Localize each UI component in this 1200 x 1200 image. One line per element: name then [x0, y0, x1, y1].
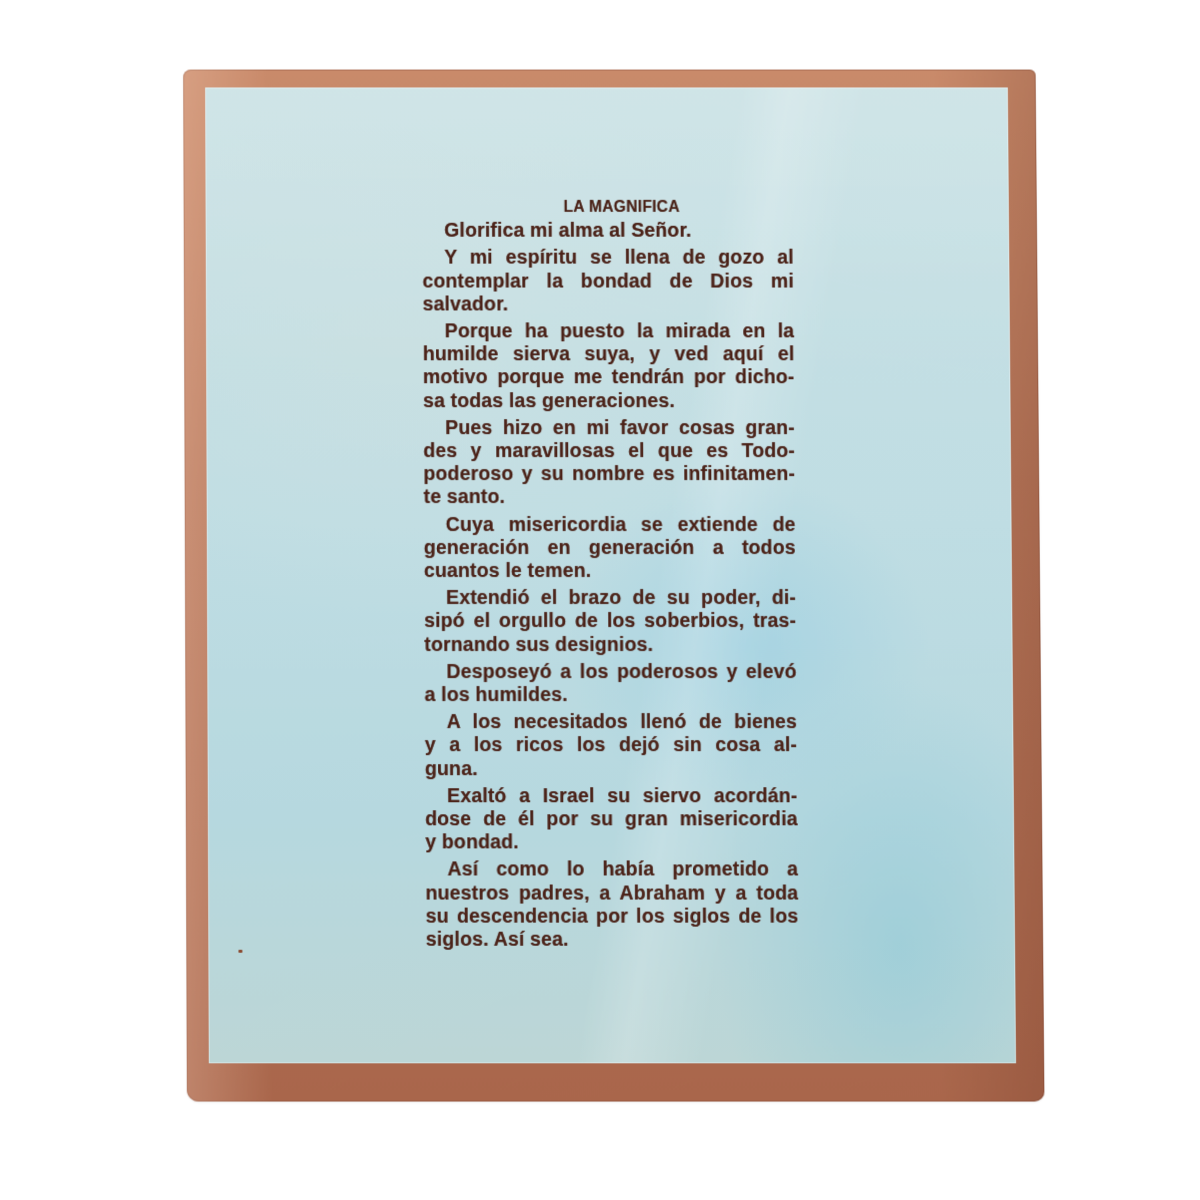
prayer-line: generación en generación a todos [424, 537, 796, 560]
prayer-line: cuantos le temen. [424, 560, 796, 583]
prayer-line: Exaltó a Israel su siervo acordán- [425, 785, 798, 808]
prayer-line: humilde sierva suya, y ved aquí el [423, 344, 795, 367]
prayer-line: Extendió el brazo de su poder, di- [424, 587, 796, 610]
prayer-line: A los necesitados llenó de bienes [425, 711, 797, 734]
prayer-line: Pues hizo en mi favor cosas gran- [423, 417, 795, 440]
prayer-line: Cuya misericordia se extiende de [424, 514, 796, 537]
prayer-line: dose de él por su gran misericordia [425, 808, 798, 831]
prayer-line: salvador. [423, 293, 795, 316]
prayer-body: Glorifica mi alma al Señor.Y mi espíritu… [422, 220, 798, 952]
prayer-paragraph: Extendió el brazo de su poder, di-sipó e… [424, 587, 797, 657]
prayer-line: nuestros padres, a Abraham y a toda [425, 882, 798, 905]
prayer-paragraph: Y mi espíritu se llena de gozo alcontemp… [422, 247, 794, 316]
prayer-line: motivo porque me tendrán por dicho- [423, 367, 795, 390]
prayer-line: poderoso y su nombre es infinitamen- [423, 463, 795, 486]
photo-scene: LA MAGNIFICA Glorifica mi alma al Señor.… [0, 0, 1200, 1200]
prayer-line: contemplar la bondad de Dios mi [422, 270, 793, 293]
ink-speck [238, 950, 242, 953]
prayer-paragraph: Exaltó a Israel su siervo acordán-dose d… [425, 785, 798, 855]
prayer-line: Desposeyó a los poderosos y elevó [424, 661, 796, 684]
prayer-line: Glorifica mi alma al Señor. [422, 220, 793, 243]
prayer-paragraph: Porque ha puesto la mirada en lahumilde … [423, 320, 795, 413]
prayer-paragraph: Pues hizo en mi favor cosas gran-des y m… [423, 417, 795, 510]
prayer-paragraph: A los necesitados llenó de bienesy a los… [425, 711, 798, 781]
prayer-line: y a los ricos los dejó sin cosa al- [425, 735, 797, 758]
prayer-paragraph: Glorifica mi alma al Señor. [422, 220, 793, 243]
prayer-line: siglos. Así sea. [426, 929, 799, 952]
prayer-line: Porque ha puesto la mirada en la [423, 320, 795, 343]
prayer-text: LA MAGNIFICA Glorifica mi alma al Señor.… [422, 195, 799, 956]
prayer-line: Así como lo había prometido a [425, 859, 798, 882]
card-blue-panel: LA MAGNIFICA Glorifica mi alma al Señor.… [205, 87, 1016, 1063]
prayer-line: su descendencia por los siglos de los [426, 905, 799, 928]
prayer-line: des y maravillosas el que es Todo- [423, 440, 795, 463]
prayer-title: LA MAGNIFICA [464, 195, 780, 218]
prayer-card: LA MAGNIFICA Glorifica mi alma al Señor.… [183, 70, 1044, 1102]
prayer-line: y bondad. [425, 832, 798, 855]
prayer-paragraph: Desposeyó a los poderosos y elevóa los h… [424, 661, 796, 707]
prayer-line: a los humildes. [425, 684, 797, 707]
prayer-line: sa todas las generaciones. [423, 390, 795, 413]
prayer-line: te santo. [424, 486, 796, 509]
prayer-line: guna. [425, 758, 798, 781]
prayer-paragraph: Cuya misericordia se extiende degeneraci… [424, 514, 796, 584]
prayer-line: Y mi espíritu se llena de gozo al [422, 247, 793, 270]
prayer-line: sipó el orgullo de los soberbios, tras- [424, 610, 796, 633]
prayer-paragraph: Así como lo había prometido anuestros pa… [425, 859, 798, 952]
prayer-line: tornando sus designios. [424, 634, 796, 657]
